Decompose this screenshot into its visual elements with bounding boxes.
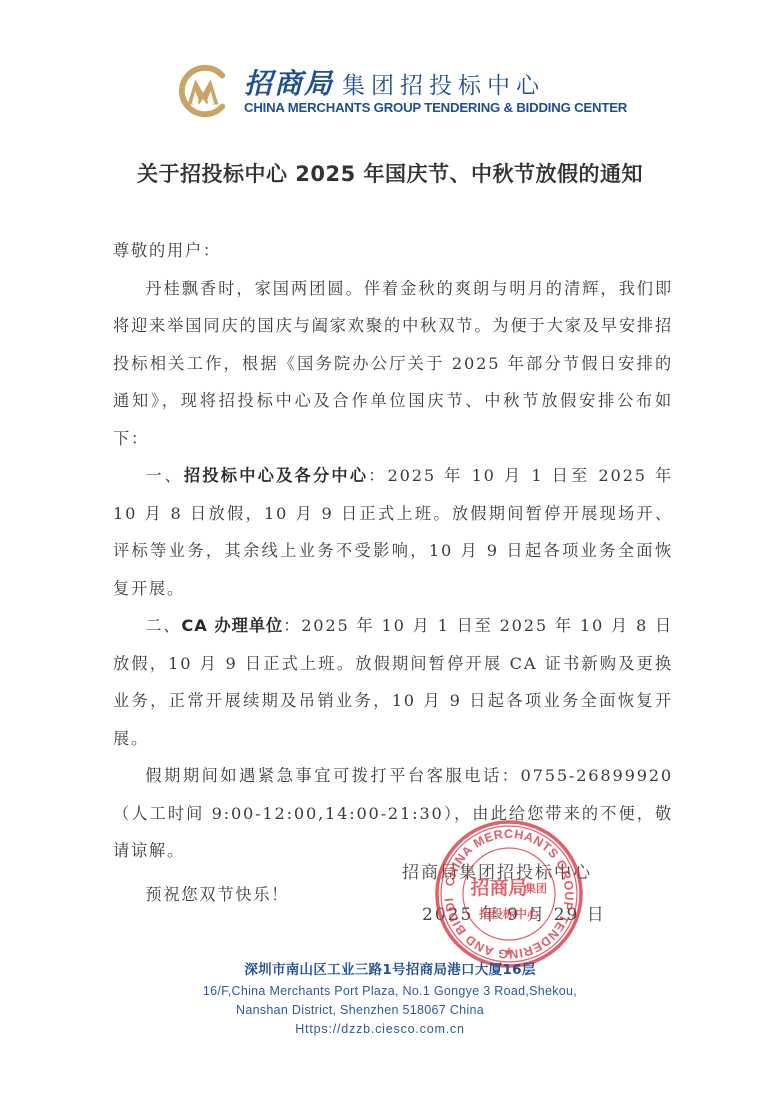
item-2-prefix: 二、 xyxy=(145,616,181,635)
stamp-center-line-2: 招投标中心 xyxy=(478,906,540,921)
document-body: 尊敬的用户： 丹桂飘香时，家国两团圆。伴着金秋的爽朗与明月的清辉，我们即将迎来举… xyxy=(113,232,673,913)
brand-name-en: CHINA MERCHANTS GROUP TENDERING & BIDDIN… xyxy=(244,100,627,115)
item-1-text: ：2025 年 10 月 1 日至 2025 年 10 月 8 日放假，10 月… xyxy=(113,466,673,598)
document-title: 关于招投标中心 2025 年国庆节、中秋节放假的通知 xyxy=(0,158,780,188)
brand-cn-bold: 招商局 xyxy=(244,67,334,100)
address-cn: 深圳市南山区工业三路1号招商局港口大厦16层 xyxy=(0,958,780,978)
item-2-paragraph: 二、CA 办理单位：2025 年 10 月 1 日至 2025 年 10 月 8… xyxy=(113,607,673,757)
website-link[interactable]: Https://dzzb.ciesco.com.cn xyxy=(0,1022,780,1036)
contact-paragraph: 假期期间如遇紧急事宜可拨打平台客服电话：0755-26899920（人工时间 9… xyxy=(113,757,673,870)
brand-cn-light: 集团招投标中心 xyxy=(342,73,545,99)
salutation: 尊敬的用户： xyxy=(113,232,673,270)
item-1-label: 招投标中心及各分中心 xyxy=(184,466,368,485)
official-seal-stamp: CHINA MERCHANTS GROUP TENDERING AND BIDD… xyxy=(433,818,585,970)
item-1-prefix: 一、 xyxy=(145,466,183,485)
item-2-label: CA 办理单位 xyxy=(181,616,283,635)
brand-name-cn: 招商局集团招投标中心 xyxy=(244,62,545,102)
intro-paragraph: 丹桂飘香时，家国两团圆。伴着金秋的爽朗与明月的清辉，我们即将迎来举国同庆的国庆与… xyxy=(113,270,673,458)
letterhead: 招商局集团招投标中心 CHINA MERCHANTS GROUP TENDERI… xyxy=(170,58,600,122)
address-en-line-1: 16/F,China Merchants Port Plaza, No.1 Go… xyxy=(0,984,780,998)
letterhead-footer: 深圳市南山区工业三路1号招商局港口大厦16层 16/F,China Mercha… xyxy=(0,958,780,1036)
item-2-text: ：2025 年 10 月 1 日至 2025 年 10 月 8 日放假，10 月… xyxy=(113,616,673,748)
svg-text:集团: 集团 xyxy=(525,881,547,895)
stamp-center-line-1: 招商局 xyxy=(470,876,527,899)
item-1-paragraph: 一、招投标中心及各分中心：2025 年 10 月 1 日至 2025 年 10 … xyxy=(113,457,673,607)
address-en-line-2: Nanshan District, Shenzhen 518067 China xyxy=(0,1003,780,1017)
china-merchants-logo-icon xyxy=(174,62,232,120)
